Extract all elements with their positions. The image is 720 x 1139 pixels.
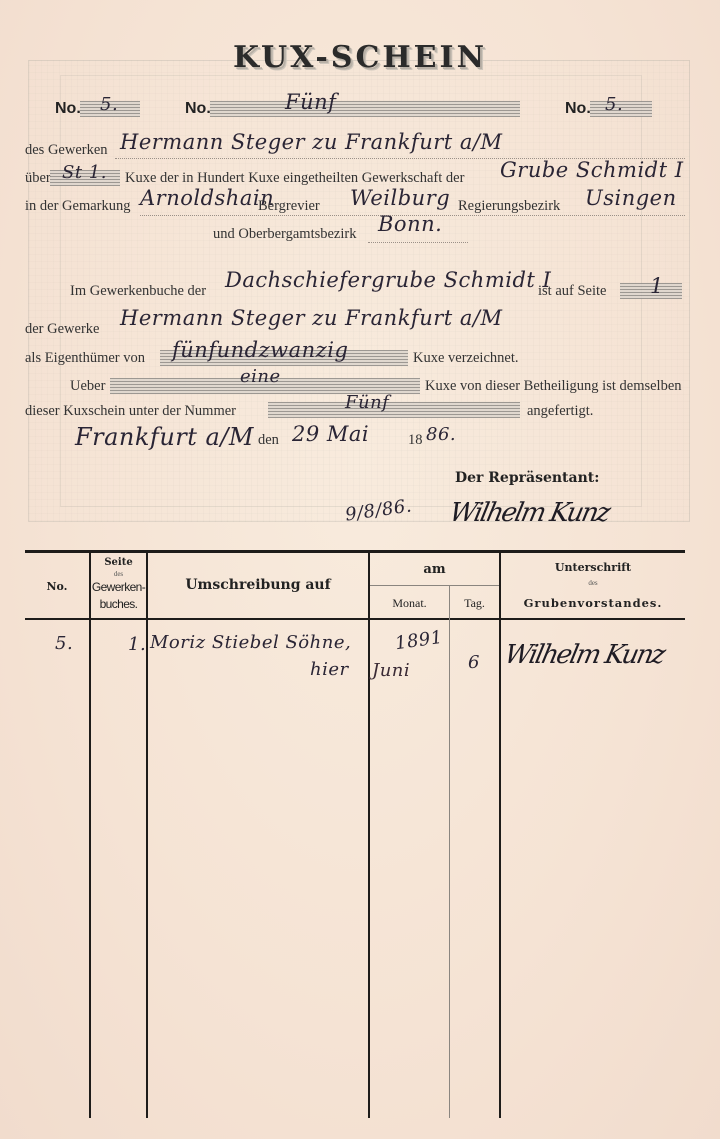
header-seite-top: Seite [91,557,146,568]
row-no: 5. [55,633,73,654]
row-monat: Juni [372,660,410,681]
header-unterschrift-mid: des [501,579,685,587]
col-divider-2 [146,553,148,1118]
gemarkung-value: Arnoldshain [140,186,274,210]
kuxschein-label: dieser Kuxschein unter der Nummer [25,403,236,420]
table-top-rule [25,550,685,553]
gewerkenbuch-label: Im Gewerkenbuche der [70,283,206,300]
year-suffix: 86. [426,424,456,445]
header-seite-mid: des [91,570,146,578]
gewerke-value: Hermann Steger zu Frankfurt a/M [120,306,502,330]
number-center-field [210,101,520,117]
document-title: KUX-SCHEIN [0,40,720,75]
header-seite-bottom1: Gewerken- [91,580,146,594]
kuxschein-field [268,402,520,418]
am-sub-rule [369,585,500,586]
row-umschreibung-line1: Moriz Stiebel Söhne, [150,632,351,653]
row-umschreibung-line2: hier [310,659,349,680]
number-left-value: 5. [100,94,118,115]
header-no: No. [25,580,89,593]
gewerken-value: Hermann Steger zu Frankfurt a/M [120,130,502,154]
number-right-value: 5. [605,94,623,115]
seite-label: ist auf Seite [538,283,606,300]
oberbergamt-line [368,242,468,243]
row-unterschrift: Wilhelm Kunz [502,640,667,670]
ueber2-label: Ueber [70,378,105,395]
bergrevier-value: Weilburg [350,186,450,210]
gewerke-label: der Gewerke [25,321,99,338]
oberbergamt-label: und Oberbergamtsbezirk [213,226,356,243]
gewerken-label: des Gewerken [25,142,108,159]
gewerkschaft-value: Grube Schmidt I [500,158,684,182]
regierungsbezirk-value: Usingen [585,186,677,210]
betheiligung-text: Kuxe von dieser Betheiligung ist demselb… [425,378,682,395]
header-unterschrift-top: Unterschrift [501,561,685,574]
angefertigt-text: angefertigt. [527,403,593,420]
oberbergamt-value: Bonn. [378,212,442,236]
regierungsbezirk-label: Regierungsbezirk [458,198,560,215]
col-divider-5 [499,553,501,1118]
representative-label: Der Repräsentant: [455,470,599,486]
gemarkung-label: in der Gemarkung [25,198,131,215]
col-divider-1 [89,553,91,1118]
ueber2-value: eine [240,366,281,387]
date-value: 29 Mai [292,422,369,446]
header-am: am [370,562,499,577]
gewerkenbuch-value: Dachschiefergrube Schmidt I [225,268,551,292]
den-label: den [258,432,279,449]
eigenthuemer-value: fünfundzwanzig [172,338,348,362]
header-monat: Monat. [370,596,449,611]
number-center-label: No. [185,100,211,118]
row-tag: 6 [468,652,480,673]
place-value: Frankfurt a/M [75,423,254,451]
number-right-label: No. [565,100,591,118]
representative-signature: Wilhelm Kunz [447,498,612,528]
year-prefix: 18 [408,432,423,449]
table-header-rule [25,618,685,620]
ueber-label: über [25,170,51,187]
header-tag: Tag. [450,596,499,611]
ueber-value: St 1. [62,162,107,183]
col-divider-3 [368,553,370,1118]
number-center-value: Fünf [285,90,336,114]
number-left-label: No. [55,100,81,118]
bergrevier-label: Bergrevier [258,198,320,215]
header-seite-bottom2: buches. [91,597,146,611]
col-divider-4 [449,586,450,1118]
kuxschein-value: Fünf [345,392,389,413]
eigenthuemer-label: als Eigenthümer von [25,350,145,367]
row-seite: 1. [128,634,146,655]
seite-value: 1 [650,274,664,298]
header-umschreibung: Umschreibung auf [148,577,368,593]
verzeichnet-text: Kuxe verzeichnet. [413,350,518,367]
header-unterschrift-bottom: Grubenvorstandes. [501,596,685,610]
kuxe-text: Kuxe der in Hundert Kuxe eingetheilten G… [125,170,464,187]
